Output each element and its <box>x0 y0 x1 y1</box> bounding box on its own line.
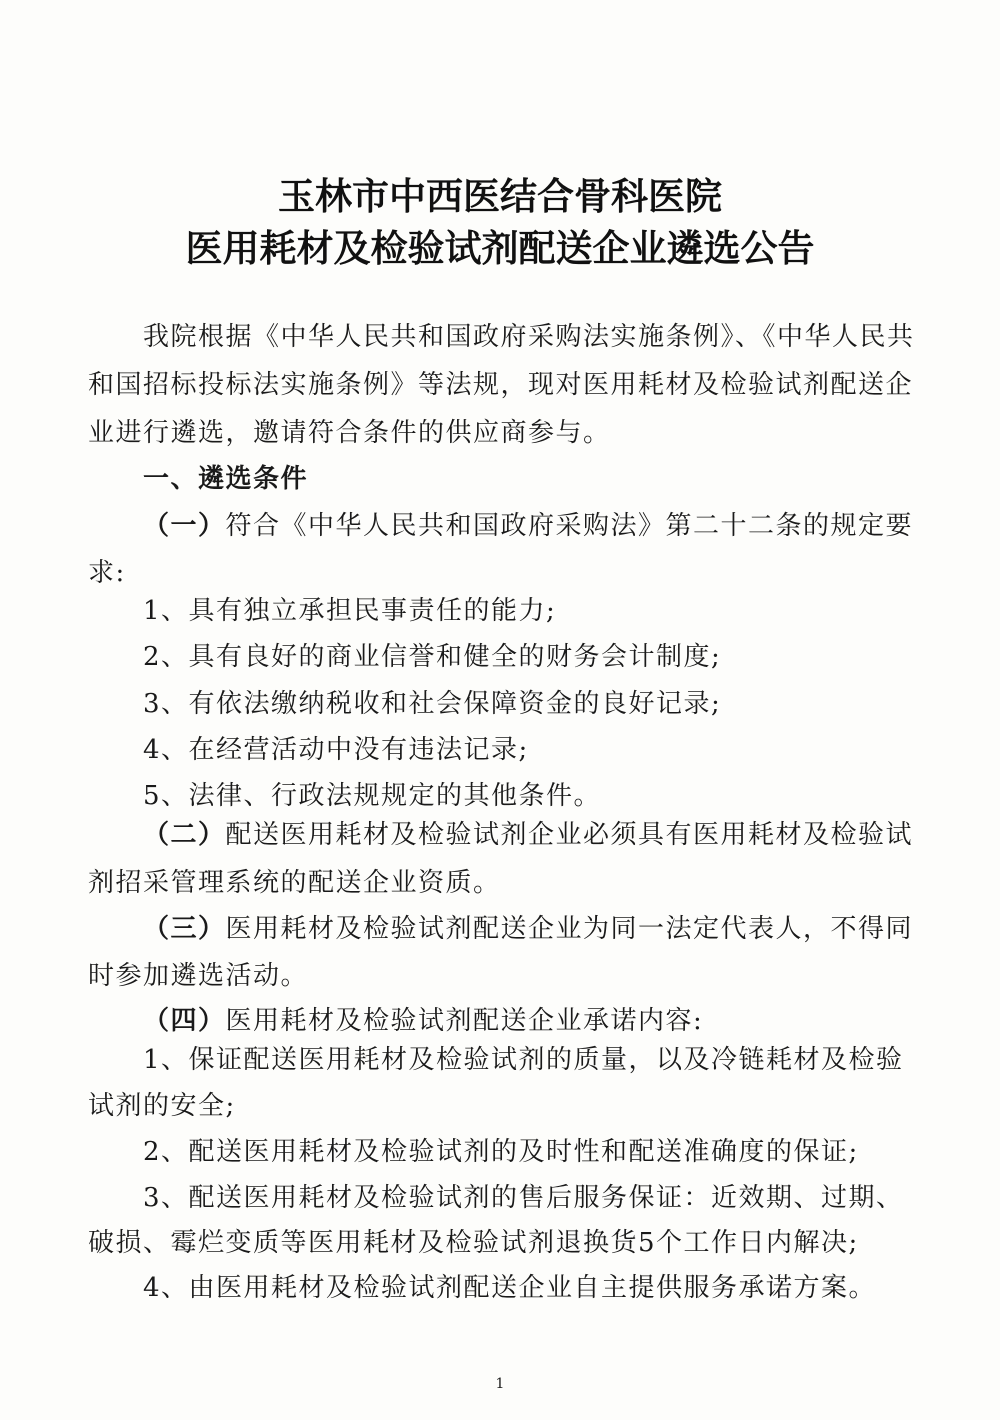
sub4-item-1-line-2: 试剂的安全; <box>88 1085 918 1122</box>
sub1-item-3: 3、有依法缴纳税收和社会保障资金的良好记录; <box>143 683 973 720</box>
sub4-item-3-line-2: 破损、霉烂变质等医用耗材及检验试剂退换货5个工作日内解决; <box>88 1222 918 1259</box>
title-announcement: 医用耗材及检验试剂配送企业遴选公告 <box>0 218 1000 272</box>
sub1-item-1: 1、具有独立承担民事责任的能力; <box>143 590 973 627</box>
sub2-label: （二） <box>143 820 226 850</box>
title-hospital-name: 玉林市中西医结合骨科医院 <box>0 166 1000 220</box>
sub1-item-2: 2、具有良好的商业信誉和健全的财务会计制度; <box>143 636 973 673</box>
sub2-line-2: 剂招采管理系统的配送企业资质。 <box>88 862 918 899</box>
sub4-item-1-line-1: 1、保证配送医用耗材及检验试剂的质量，以及冷链耗材及检验 <box>143 1039 973 1076</box>
section-heading: 一、遴选条件 <box>143 458 973 495</box>
sub4-item-4: 4、由医用耗材及检验试剂配送企业自主提供服务承诺方案。 <box>143 1267 973 1304</box>
sub2-text: 配送医用耗材及检验试剂企业必须具有医用耗材及检验试 <box>226 820 914 850</box>
sub4-label: （四） <box>143 1006 226 1036</box>
sub1-line-1: （一）符合《中华人民共和国政府采购法》第二十二条的规定要 <box>143 505 973 542</box>
sub4-item-2: 2、配送医用耗材及检验试剂的及时性和配送准确度的保证; <box>143 1131 973 1168</box>
sub1-item-5: 5、法律、行政法规规定的其他条件。 <box>143 775 973 812</box>
sub4-text: 医用耗材及检验试剂配送企业承诺内容: <box>226 1006 704 1036</box>
sub3-label: （三） <box>143 914 226 944</box>
sub1-line-2: 求: <box>88 552 918 589</box>
page-number: 1 <box>0 1376 1000 1392</box>
sub1-text: 符合《中华人民共和国政府采购法》第二十二条的规定要 <box>226 511 914 541</box>
sub4-item-3-line-1: 3、配送医用耗材及检验试剂的售后服务保证：近效期、过期、 <box>143 1177 973 1214</box>
sub3-line-1: （三）医用耗材及检验试剂配送企业为同一法定代表人，不得同 <box>143 908 973 945</box>
intro-line-3: 业进行遴选，邀请符合条件的供应商参与。 <box>88 412 918 449</box>
sub1-item-4: 4、在经营活动中没有违法记录; <box>143 729 973 766</box>
sub3-line-2: 时参加遴选活动。 <box>88 955 918 992</box>
intro-line-2: 和国招标投标法实施条例》等法规，现对医用耗材及检验试剂配送企 <box>88 364 918 401</box>
sub1-label: （一） <box>143 511 226 541</box>
sub4-line-1: （四）医用耗材及检验试剂配送企业承诺内容: <box>143 1000 973 1037</box>
sub2-line-1: （二）配送医用耗材及检验试剂企业必须具有医用耗材及检验试 <box>143 814 973 851</box>
intro-line-1: 我院根据《中华人民共和国政府采购法实施条例》、《中华人民共 <box>143 316 973 353</box>
sub3-text: 医用耗材及检验试剂配送企业为同一法定代表人，不得同 <box>226 914 914 944</box>
